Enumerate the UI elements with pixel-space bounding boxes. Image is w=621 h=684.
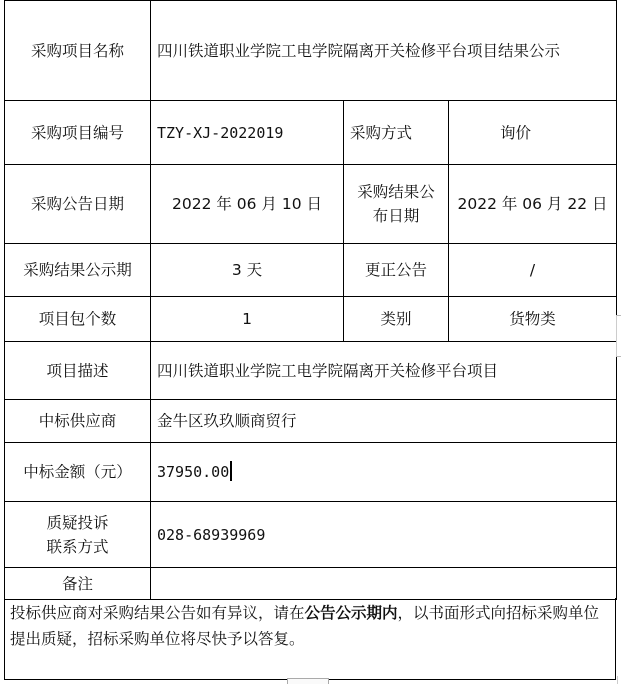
amount-label: 中标金额（元） <box>5 443 151 502</box>
page-bottom-handle[interactable] <box>287 678 329 684</box>
announce-date-label: 采购公告日期 <box>5 165 151 244</box>
project-no-value: TZY-XJ-2022019 <box>151 101 344 165</box>
result-date-label: 采购结果公布日期 <box>344 165 449 244</box>
amount-cell[interactable]: 37950.00 <box>151 443 617 502</box>
corner-handle[interactable] <box>617 676 621 684</box>
row-project-name: 采购项目名称 四川铁道职业学院工电学院隔离开关检修平台项目结果公示 <box>5 1 617 101</box>
row-project-no: 采购项目编号 TZY-XJ-2022019 采购方式 询价 <box>5 101 617 165</box>
description-label: 项目描述 <box>5 342 151 400</box>
category-label: 类别 <box>344 297 449 342</box>
row-publicity: 采购结果公示期 3 天 更正公告 / <box>5 244 617 297</box>
row-remarks: 备注 <box>5 568 617 600</box>
result-date-value: 2022 年 06 月 22 日 <box>449 165 617 244</box>
row-package: 项目包个数 1 类别 货物类 <box>5 297 617 342</box>
method-label: 采购方式 <box>344 101 449 165</box>
contact-label: 质疑投诉联系方式 <box>5 502 151 568</box>
category-value: 货物类 <box>449 297 617 342</box>
remarks-value <box>151 568 617 600</box>
row-description: 项目描述 四川铁道职业学院工电学院隔离开关检修平台项目 <box>5 342 617 400</box>
contact-value: 028-68939969 <box>151 502 617 568</box>
notice-text-part1: 投标供应商对采购结果公告如有异议，请在 <box>10 604 305 622</box>
method-value: 询价 <box>449 101 617 165</box>
project-no-label: 采购项目编号 <box>5 101 151 165</box>
package-count-label: 项目包个数 <box>5 297 151 342</box>
objection-notice: 投标供应商对采购结果公告如有异议，请在公告公示期内，以书面形式向招标采购单位提出… <box>4 598 616 680</box>
notice-text-bold: 公告公示期内 <box>305 604 398 622</box>
project-name-label: 采购项目名称 <box>5 1 151 101</box>
row-contact: 质疑投诉联系方式 028-68939969 <box>5 502 617 568</box>
table-resize-handle[interactable] <box>616 315 621 357</box>
row-supplier: 中标供应商 金牛区玖玖顺商贸行 <box>5 400 617 443</box>
amount-value: 37950.00 <box>157 463 229 481</box>
package-count-value: 1 <box>151 297 344 342</box>
row-dates: 采购公告日期 2022 年 06 月 10 日 采购结果公布日期 2022 年 … <box>5 165 617 244</box>
correction-label: 更正公告 <box>344 244 449 297</box>
publicity-period-label: 采购结果公示期 <box>5 244 151 297</box>
procurement-result-table: 采购项目名称 四川铁道职业学院工电学院隔离开关检修平台项目结果公示 采购项目编号… <box>4 0 617 600</box>
publicity-period-value: 3 天 <box>151 244 344 297</box>
project-name-value: 四川铁道职业学院工电学院隔离开关检修平台项目结果公示 <box>151 1 617 101</box>
announce-date-value: 2022 年 06 月 10 日 <box>151 165 344 244</box>
row-amount: 中标金额（元） 37950.00 <box>5 443 617 502</box>
contact-label-line1: 质疑投诉 <box>46 514 108 532</box>
contact-label-line2: 联系方式 <box>46 538 108 556</box>
remarks-label: 备注 <box>5 568 151 600</box>
correction-value: / <box>449 244 617 297</box>
supplier-value: 金牛区玖玖顺商贸行 <box>151 400 617 443</box>
supplier-label: 中标供应商 <box>5 400 151 443</box>
description-value: 四川铁道职业学院工电学院隔离开关检修平台项目 <box>151 342 617 400</box>
text-cursor <box>230 461 232 481</box>
